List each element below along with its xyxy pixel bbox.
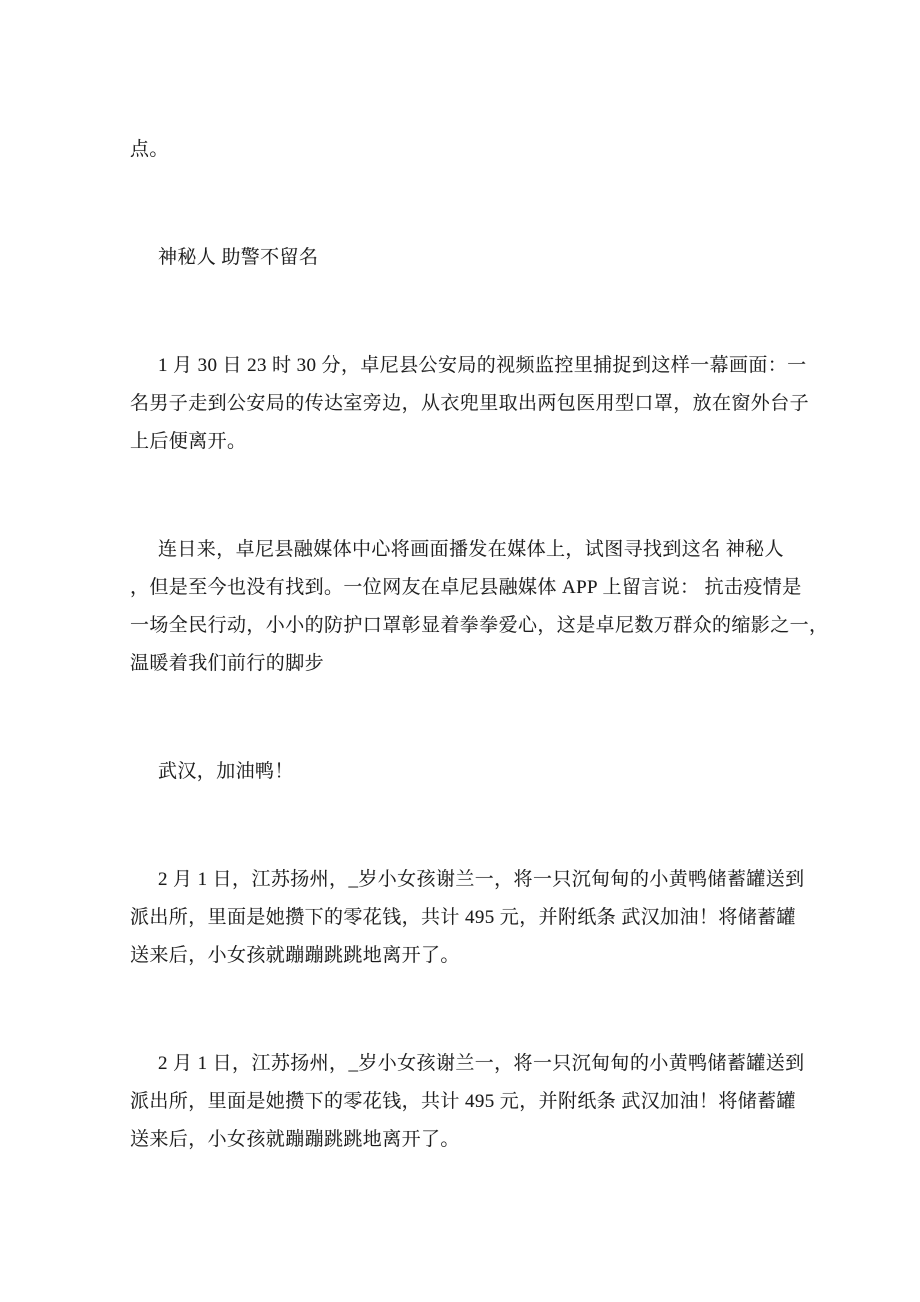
text-line: 上后便离开。 [130,423,790,461]
section-heading: 神秘人 助警不留名 [130,239,790,277]
document-page: 点。神秘人 助警不留名1 月 30 日 23 时 30 分，卓尼县公安局的视频监… [0,0,920,1302]
text-line: 送来后，小女孩就蹦蹦跳跳地离开了。 [130,1121,790,1159]
text-line: 2 月 1 日，江苏扬州，_岁小女孩谢兰一，将一只沉甸甸的小黄鸭储蓄罐送到 [130,1045,790,1083]
text-line: 温暖着我们前行的脚步 [130,645,790,683]
text-line: 派出所，里面是她攒下的零花钱，共计 495 元，并附纸条 武汉加油！将储蓄罐 [130,899,790,937]
text-line: 点。 [130,131,790,169]
text-line: 神秘人 助警不留名 [130,239,790,277]
text-block: 2 月 1 日，江苏扬州，_岁小女孩谢兰一，将一只沉甸甸的小黄鸭储蓄罐送到派出所… [130,1045,790,1159]
text-block: 1 月 30 日 23 时 30 分，卓尼县公安局的视频监控里捕捉到这样一幕画面… [130,347,790,461]
text-line: 武汉，加油鸭！ [130,753,790,791]
text-line: 名男子走到公安局的传达室旁边，从衣兜里取出两包医用型口罩，放在窗外台子 [130,385,790,423]
text-line: ，但是至今也没有找到。一位网友在卓尼县融媒体 APP 上留言说： 抗击疫情是 [130,569,790,607]
text-line: 送来后，小女孩就蹦蹦跳跳地离开了。 [130,937,790,975]
text-line: 连日来，卓尼县融媒体中心将画面播发在媒体上，试图寻找到这名 神秘人 [130,531,790,569]
text-line: 一场全民行动，小小的防护口罩彰显着拳拳爱心，这是卓尼数万群众的缩影之一， [130,607,790,645]
text-line: 2 月 1 日，江苏扬州，_岁小女孩谢兰一，将一只沉甸甸的小黄鸭储蓄罐送到 [130,861,790,899]
text-block: 2 月 1 日，江苏扬州，_岁小女孩谢兰一，将一只沉甸甸的小黄鸭储蓄罐送到派出所… [130,861,790,975]
text-block: 连日来，卓尼县融媒体中心将画面播发在媒体上，试图寻找到这名 神秘人，但是至今也没… [130,531,790,683]
text-line: 派出所，里面是她攒下的零花钱，共计 495 元，并附纸条 武汉加油！将储蓄罐 [130,1083,790,1121]
document-content: 点。神秘人 助警不留名1 月 30 日 23 时 30 分，卓尼县公安局的视频监… [130,131,790,1159]
section-heading: 武汉，加油鸭！ [130,753,790,791]
text-block: 点。 [130,131,790,169]
text-line: 1 月 30 日 23 时 30 分，卓尼县公安局的视频监控里捕捉到这样一幕画面… [130,347,790,385]
